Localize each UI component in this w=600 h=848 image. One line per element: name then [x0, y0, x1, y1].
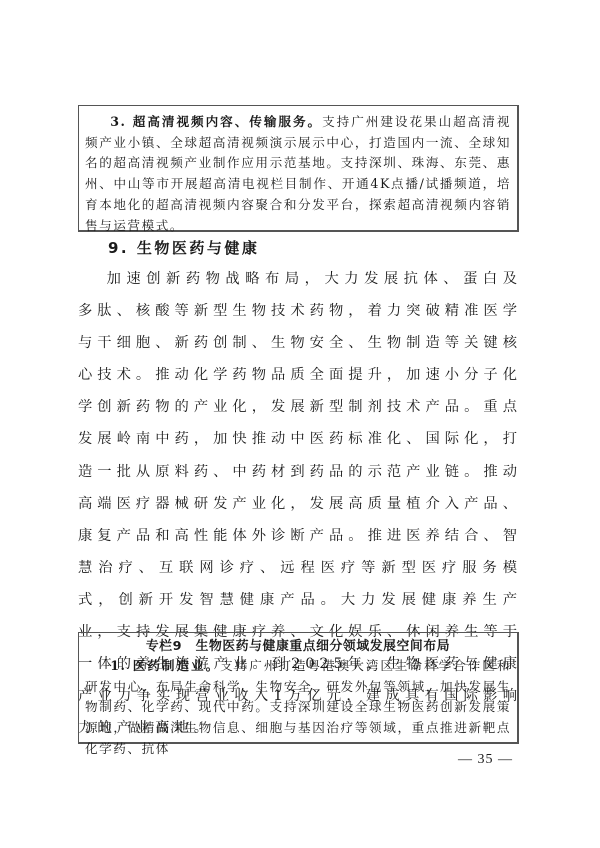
box-paragraph: 3. 超高清视频内容、传输服务。支持广州建设花果山超高清视频产业小镇、全球超高清… [85, 112, 511, 236]
section-heading: 9. 生物医药与健康 [108, 237, 259, 259]
column-title: 专栏9 生物医药与健康重点细分领域发展空间布局 [85, 637, 511, 656]
document-page: 3. 超高清视频内容、传输服务。支持广州建设花果山超高清视频产业小镇、全球超高清… [0, 0, 600, 848]
sidebar-box-column-9: 专栏9 生物医药与健康重点细分领域发展空间布局 1. 医药制造业。支持广州打造粤… [78, 632, 519, 744]
item-body: 支持广州建设花果山超高清视频产业小镇、全球超高清视频演示展示中心，打造国内一流、… [85, 114, 511, 233]
item-lead: 1. 医药制造业。 [110, 658, 220, 673]
sidebar-box-uhd-video: 3. 超高清视频内容、传输服务。支持广州建设花果山超高清视频产业小镇、全球超高清… [78, 105, 519, 232]
box-paragraph: 1. 医药制造业。支持广州打造粤港澳大湾区生命科学合作区和研发中心，布局生命科学… [85, 656, 511, 760]
page-number: — 35 — [458, 752, 513, 768]
item-lead: 3. 超高清视频内容、传输服务。 [110, 114, 322, 129]
